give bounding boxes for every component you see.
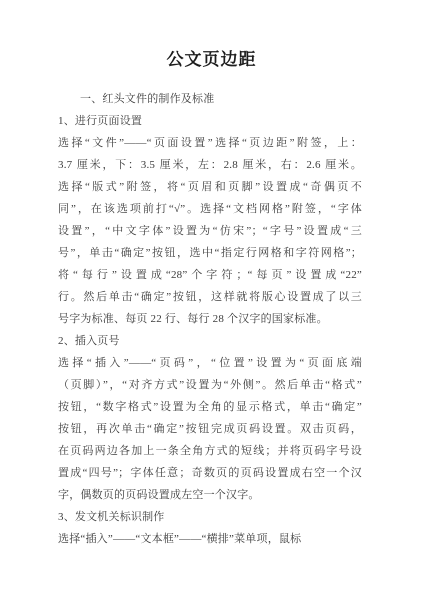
text-line: 一、红头文件的制作及标准: [58, 88, 362, 110]
text-line: 置成“四号”；字体任意；奇数页的页码设置成右空一个汉: [58, 462, 362, 484]
document-body: 一、红头文件的制作及标准1、进行页面设置选择“文件”——“页面设置”选择“页边距…: [58, 88, 362, 550]
text-line: 号”，单击“确定”按钮，选中“指定行网格和字符网格”；: [58, 242, 362, 264]
text-line: 在页码两边各加上一条全角方式的短线；并将页码字号设: [58, 440, 362, 462]
text-line: 号字为标准、每页 22 行、每行 28 个汉字的国家标准。: [58, 308, 362, 330]
text-line: 同”，在该选项前打“√”。选择“文档网格”附签，“字体: [58, 198, 362, 220]
text-line: 选择“文件”——“页面设置”选择“页边距”附签，上：: [58, 132, 362, 154]
document-title: 公文页边距: [0, 48, 423, 72]
text-line: 将“每行”设置成“28”个字符；“每页”设置成“22”: [58, 264, 362, 286]
document-page: 公文页边距 一、红头文件的制作及标准1、进行页面设置选择“文件”——“页面设置”…: [0, 0, 423, 600]
text-line: 1、进行页面设置: [58, 110, 362, 132]
text-line: 3、发文机关标识制作: [58, 506, 362, 528]
text-line: 按钮，“数字格式”设置为全角的显示格式，单击“确定”: [58, 396, 362, 418]
text-line: 3.7 厘米，下：3.5 厘米，左：2.8 厘米，右：2.6 厘米。: [58, 154, 362, 176]
text-line: 2、插入页号: [58, 330, 362, 352]
text-line: 选择“版式”附签，将“页眉和页脚”设置成“奇偶页不: [58, 176, 362, 198]
text-line: 选择“插入”——“文本框”——“横排”菜单项，鼠标: [58, 528, 362, 550]
text-line: 字，偶数页的页码设置成左空一个汉字。: [58, 484, 362, 506]
text-line: 设置”，“中文字体”设置为“仿宋”；“字号”设置成“三: [58, 220, 362, 242]
text-line: 按钮，再次单击“确定”按钮完成页码设置。双击页码，: [58, 418, 362, 440]
text-line: （页脚）”，“对齐方式”设置为“外侧”。然后单击“格式”: [58, 374, 362, 396]
text-line: 选择“插入”——“页码”，“位置”设置为“页面底端: [58, 352, 362, 374]
text-line: 行。然后单击“确定”按钮，这样就将版心设置成了以三: [58, 286, 362, 308]
